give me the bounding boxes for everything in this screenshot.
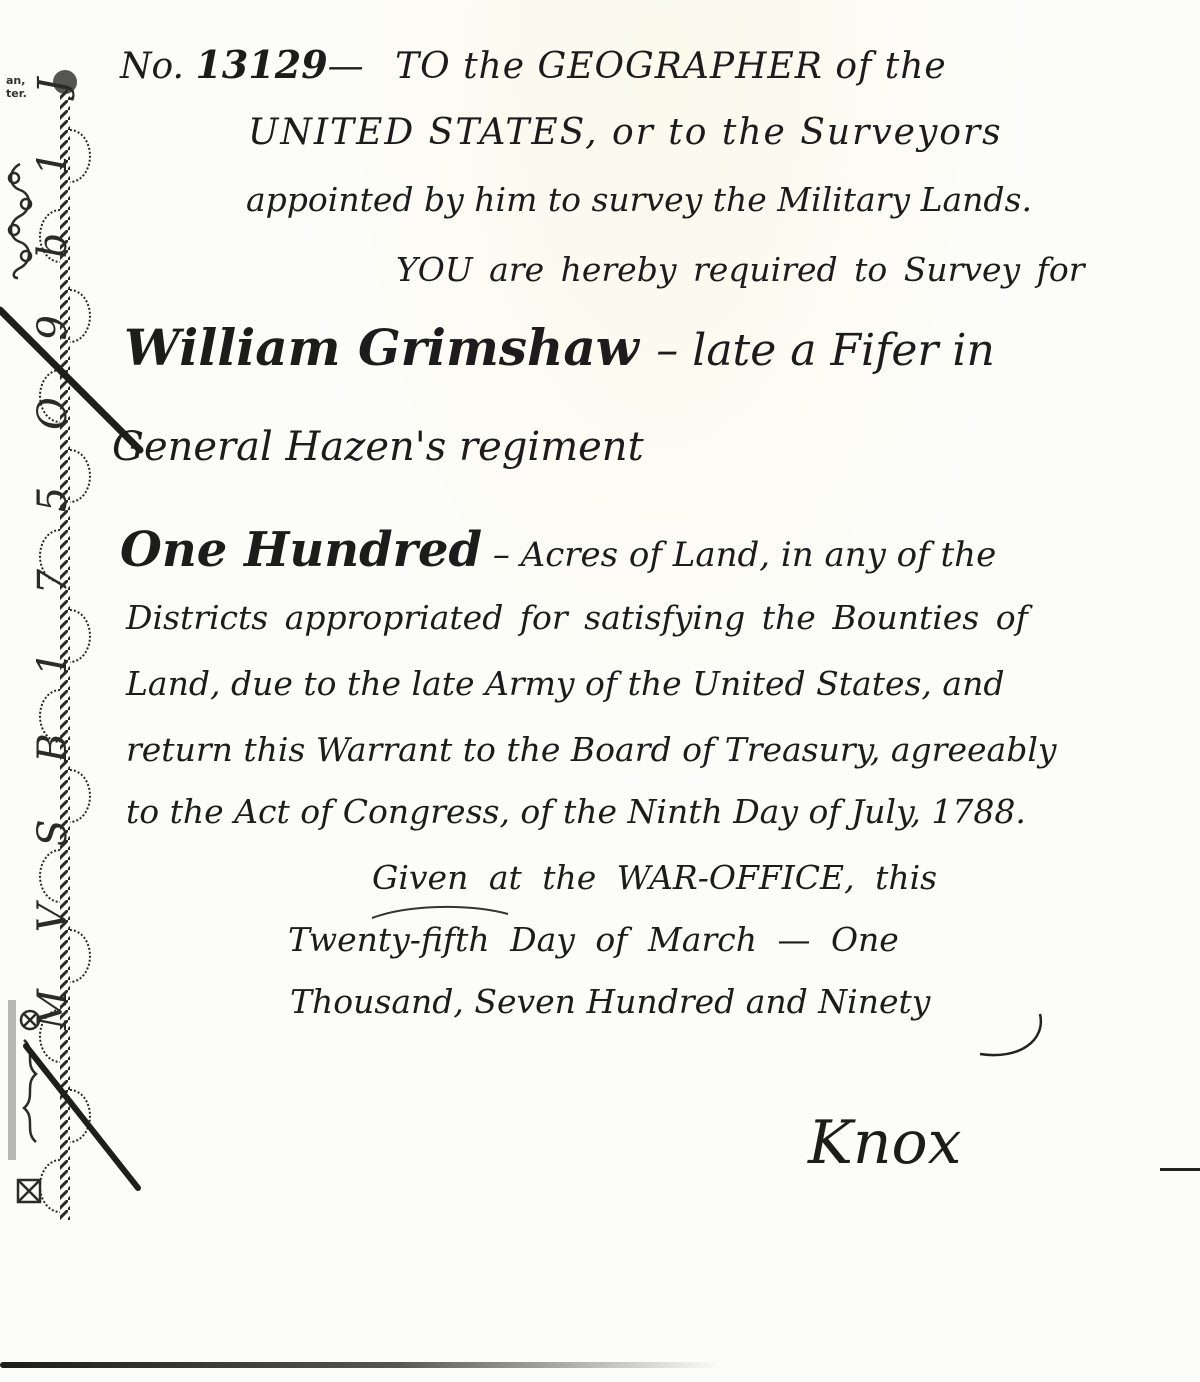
addressee-line-3: appointed by him to survey the Military … [246,180,1032,219]
stub-fragment-line: ter. [6,87,27,100]
body-line-4: to the Act of Congress, of the Ninth Day… [126,792,1026,831]
body-line-3: return this Warrant to the Board of Trea… [126,730,1057,769]
command-line: YOU are hereby required to Survey for [396,250,1085,289]
stub-fragment-text: an, ter. [6,74,27,100]
warrant-header-line: No. 13129— TO the GEOGRAPHER of the [120,42,947,87]
number-prefix: No. [120,46,184,87]
addressee-line-1: TO the GEOGRAPHER of the [395,46,947,87]
warrant-number: 13129 [195,42,327,87]
grantee-line: William Grimshaw – late a Fifer in [124,318,995,377]
given-line-1: Given at the WAR-OFFICE, this [372,858,937,897]
paper-bottom-edge [0,1362,720,1368]
cancellation-stroke-bottom [20,1040,150,1200]
signature: Knox [808,1108,961,1178]
acreage-amount: One Hundred [120,522,482,578]
signature-dash [1160,1168,1200,1171]
given-line-2: Twenty-fifth Day of March — One [288,920,899,959]
warrant-paper: an, ter. [0,0,1200,1382]
acreage-line: One Hundred – Acres of Land, in any of t… [120,522,996,578]
body-line-2: Land, due to the late Army of the United… [126,664,1004,703]
grantee-rank: – late a Fifer in [656,325,995,376]
addressee-line-2: UNITED STATES, or to the Surveyors [248,112,1003,153]
body-line-1: Districts appropriated for satisfying th… [126,598,1028,637]
stub-fragment-line: an, [6,74,27,87]
regiment-line: General Hazen's regiment [112,424,644,470]
grantee-name: William Grimshaw [124,318,639,377]
given-line-3: Thousand, Seven Hundred and Ninety [290,982,930,1021]
ninety-flourish-icon [960,1010,1050,1060]
stub-vertical-text: M V S B 1 7 5 O 9 b 1 J [30,410,70,1030]
acreage-rest: – Acres of Land, in any of the [493,535,996,575]
